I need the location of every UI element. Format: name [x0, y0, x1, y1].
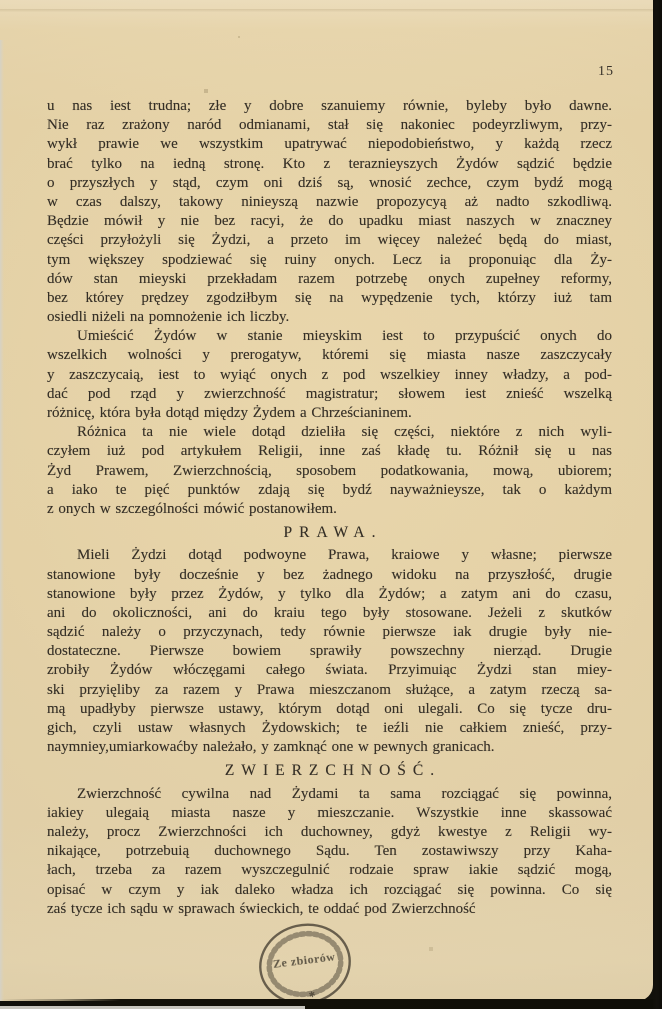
text-line: iakiey ulegaią miasta nasze y mieszczani… — [47, 804, 612, 823]
text-line: ani do okoliczności, ani do kraiu tego b… — [47, 604, 612, 623]
text-line: Mieli Żydzi dotąd podwoyne Prawa, kraiow… — [47, 546, 612, 565]
text-line: różnicę, która była dotąd między Żydem a… — [47, 404, 612, 423]
text-line: Umieścić Żydów w stanie mieyskim iest to… — [47, 327, 612, 346]
text-line: dów stan mieyski przekładam razem potrze… — [47, 270, 612, 289]
text-line: w czas dalszy, takowy ninieyszą nazwie p… — [47, 193, 612, 212]
page-number: 15 — [598, 64, 614, 80]
paper-speckles — [0, 0, 2, 2]
text-line: u nas iest trudna; złe y dobre szanuiemy… — [47, 97, 612, 116]
text-line: nikające, potrzebuią duchownego Sądu. Te… — [47, 842, 612, 861]
text-line: wykł prawie we wszystkim upatrywać niepo… — [47, 135, 612, 154]
text-line: naymniey,umiarkowaćby należało, y zamkną… — [47, 738, 612, 757]
text-line: należy, procz Zwierzchności ich duchowne… — [47, 823, 612, 842]
text-line: Różnica ta nie wiele dotąd dzieliła się … — [47, 423, 612, 442]
text-line: dostateczne. Pierwsze bowiem sprawiły po… — [47, 642, 612, 661]
text-line: mą upadłyby pierwsze ustawy, którym dotą… — [47, 700, 612, 719]
text-line: bez którey prędzey zgodziłbym się na wyp… — [47, 289, 612, 308]
text-line: o przyszłych y stąd, czym oni dziś są, w… — [47, 174, 612, 193]
text-line: brać tylko na iedną stronę. Kto z terazn… — [47, 155, 612, 174]
text-line: Zwierzchność cywilna nad Żydami ta sama … — [47, 785, 612, 804]
text-line: ski przyięliby za razem y Prawa mieszcza… — [47, 681, 612, 700]
paragraph-continuation: u nas iest trudna; złe y dobre szanuiemy… — [47, 97, 612, 327]
section-heading-zwierzchnosc: ZWIERZCHNOŚĆ. — [47, 761, 612, 780]
text-line: stanowione były docześnie y bez żadnego … — [47, 566, 612, 585]
text-line: opisać w czym y iak daleko władza ich ro… — [47, 881, 612, 900]
scanned-book-page: 15 u nas iest trudna; złe y dobre szanui… — [0, 0, 662, 1009]
text-line: części przyłożyli się Żydzi, a przeto im… — [47, 231, 612, 250]
text-line: Nie raz zrażony naród odmianami, stał si… — [47, 116, 612, 135]
text-line: z onych w szczególności mówić postanowił… — [47, 500, 612, 519]
text-line: zrobiły Żydów włóczęgami całego świata. … — [47, 661, 612, 680]
text-line: y zaszczycaią, iest to wyiąć onych z pod… — [47, 366, 612, 385]
text-line: stanowione były przez Żydów, y tylko dla… — [47, 585, 612, 604]
section-heading-prawa: PRAWA. — [47, 523, 612, 542]
text-line: czyłem iuż pod artykułem Religii, inne z… — [47, 442, 612, 461]
text-line: sądzić należy o przyczynach, tedy równie… — [47, 623, 612, 642]
paragraph-umiescic: Umieścić Żydów w stanie mieyskim iest to… — [47, 327, 612, 423]
text-line: a iako te pięć punktów zdają się bydź na… — [47, 481, 612, 500]
text-line: tym większey spodziewać się ruiny onych.… — [47, 251, 612, 270]
text-line: wszelkich wolności y prerogatyw, któremi… — [47, 346, 612, 365]
text-block: u nas iest trudna; złe y dobre szanuiemy… — [47, 97, 612, 919]
text-line: dać pod rząd y zwierzchność magistratur;… — [47, 385, 612, 404]
paragraph-roznica: Różnica ta nie wiele dotąd dzieliła się … — [47, 423, 612, 519]
text-line: Będzie mówił y nie bez racyi, że do upad… — [47, 212, 612, 231]
text-line: gich, czyli ustaw własnych Żydowskich; t… — [47, 719, 612, 738]
text-line: osiedli niżeli na pomnożenie ich liczby. — [47, 308, 612, 327]
paragraph-zwierzchnosc-body: Zwierzchność cywilna nad Żydami ta sama … — [47, 785, 612, 919]
scan-edge-right — [653, 0, 662, 1009]
paragraph-prawa-body: Mieli Żydzi dotąd podwoyne Prawa, kraiow… — [47, 546, 612, 757]
text-line: łach, trzeba za razem wyszczegulnić rodz… — [47, 861, 612, 880]
text-line: Żyd Prawem, Zwierzchnością, sposobem pod… — [47, 462, 612, 481]
